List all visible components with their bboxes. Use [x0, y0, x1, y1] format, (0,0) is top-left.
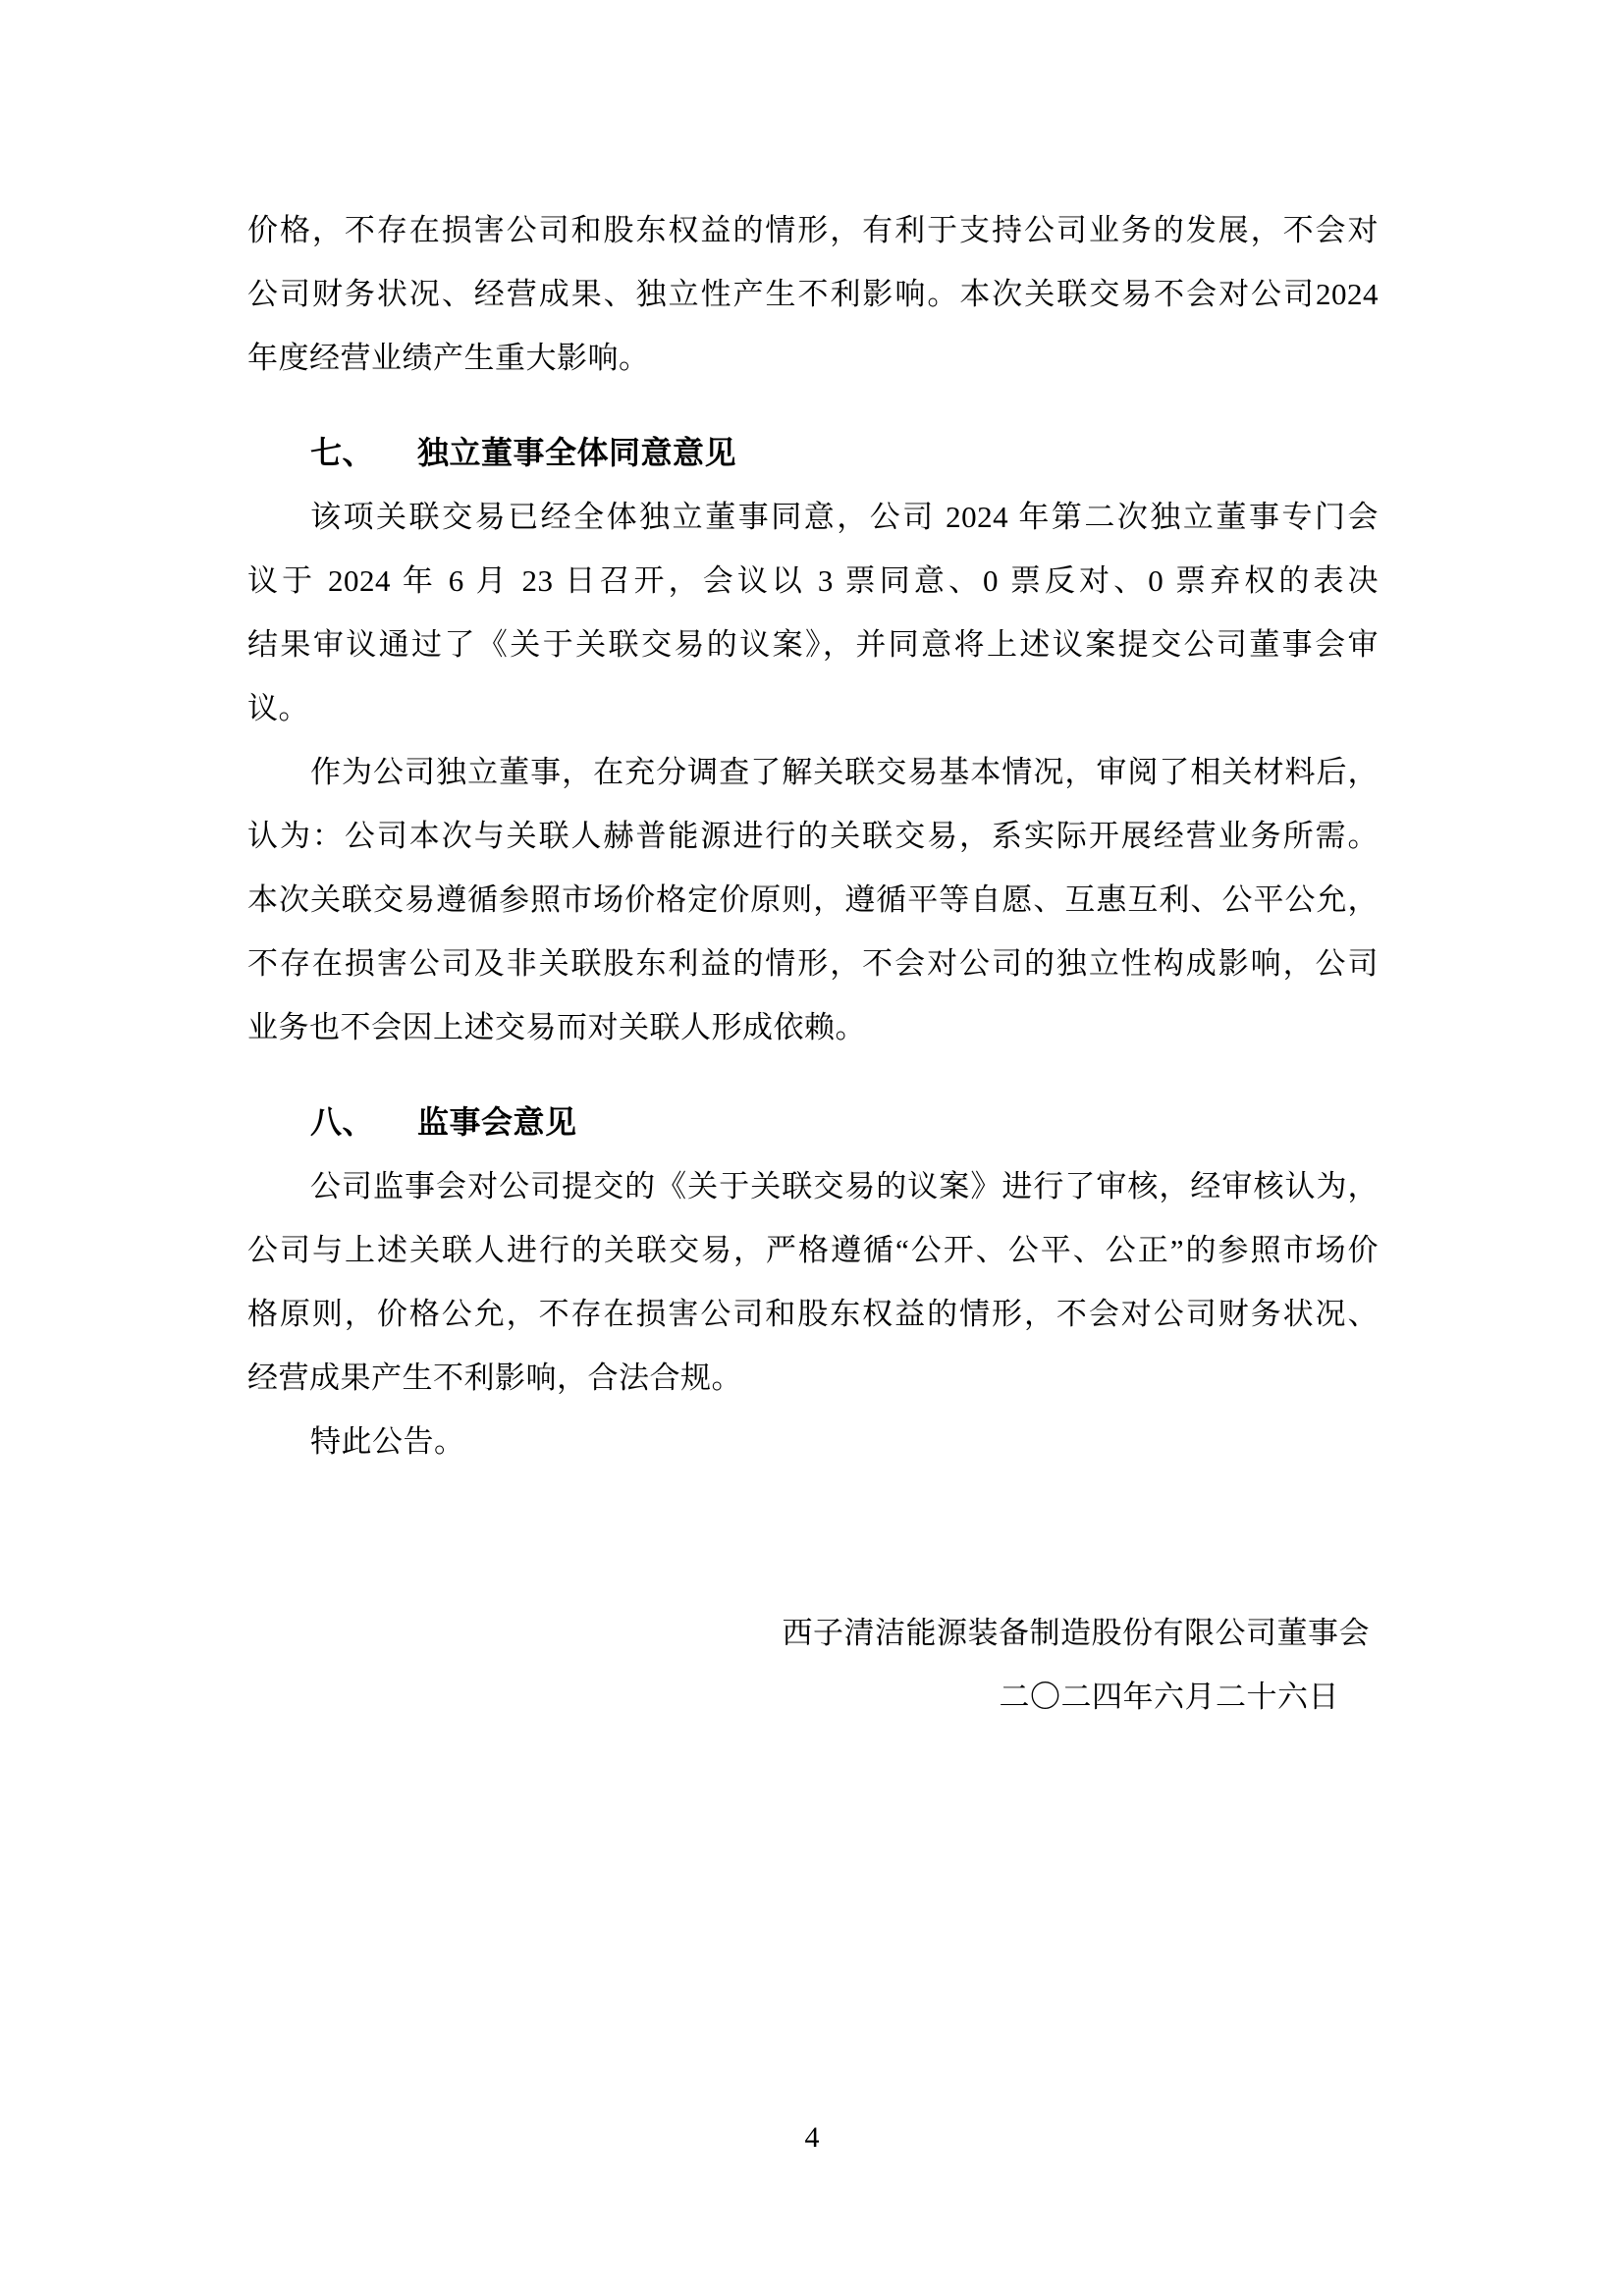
document-page: 价格，不存在损害公司和股东权益的情形，有利于支持公司业务的发展，不会对 公司财务…	[0, 0, 1624, 2296]
body-line: 作为公司独立董事，在充分调查了解关联交易基本情况，审阅了相关材料后，	[247, 740, 1379, 804]
body-line: 公司监事会对公司提交的《关于关联交易的议案》进行了审核，经审核认为，	[247, 1154, 1379, 1218]
body-line: 公司与上述关联人进行的关联交易，严格遵循“公开、公平、公正”的参照市场价	[247, 1218, 1379, 1282]
body-line: 业务也不会因上述交易而对关联人形成依赖。	[247, 995, 1379, 1059]
body-line: 议于 2024 年 6 月 23 日召开，会议以 3 票同意、0 票反对、0 票…	[247, 549, 1379, 613]
body-line: 该项关联交易已经全体独立董事同意，公司 2024 年第二次独立董事专门会	[247, 485, 1379, 549]
date-line: 二〇二四年六月二十六日	[247, 1665, 1379, 1729]
spacer	[247, 1473, 1379, 1537]
section-heading-7: 七、独立董事全体同意意见	[247, 421, 1379, 485]
section-number: 八、	[310, 1104, 374, 1140]
section-heading-8: 八、监事会意见	[247, 1091, 1379, 1154]
closing-line: 特此公告。	[247, 1410, 1379, 1473]
body-line: 结果审议通过了《关于关联交易的议案》，并同意将上述议案提交公司董事会审	[247, 613, 1379, 676]
body-line: 价格，不存在损害公司和股东权益的情形，有利于支持公司业务的发展，不会对	[247, 198, 1379, 262]
signature-line: 西子清洁能源装备制造股份有限公司董事会	[247, 1601, 1379, 1665]
body-line: 认为：公司本次与关联人赫普能源进行的关联交易，系实际开展经营业务所需。	[247, 804, 1379, 868]
page-number: 4	[0, 2118, 1624, 2158]
section-title: 监事会意见	[417, 1104, 577, 1140]
section-title: 独立董事全体同意意见	[417, 435, 736, 470]
document-body: 价格，不存在损害公司和股东权益的情形，有利于支持公司业务的发展，不会对 公司财务…	[247, 198, 1379, 1729]
body-line: 本次关联交易遵循参照市场价格定价原则，遵循平等自愿、互惠互利、公平公允，	[247, 868, 1379, 932]
spacer	[247, 1537, 1379, 1601]
body-line: 议。	[247, 676, 1379, 740]
body-line: 公司财务状况、经营成果、独立性产生不利影响。本次关联交易不会对公司2024	[247, 262, 1379, 326]
body-line: 年度经营业绩产生重大影响。	[247, 326, 1379, 390]
body-line: 不存在损害公司及非关联股东利益的情形，不会对公司的独立性构成影响，公司	[247, 932, 1379, 995]
body-line: 格原则，价格公允，不存在损害公司和股东权益的情形，不会对公司财务状况、	[247, 1282, 1379, 1346]
body-line: 经营成果产生不利影响，合法合规。	[247, 1346, 1379, 1410]
section-number: 七、	[310, 435, 374, 470]
